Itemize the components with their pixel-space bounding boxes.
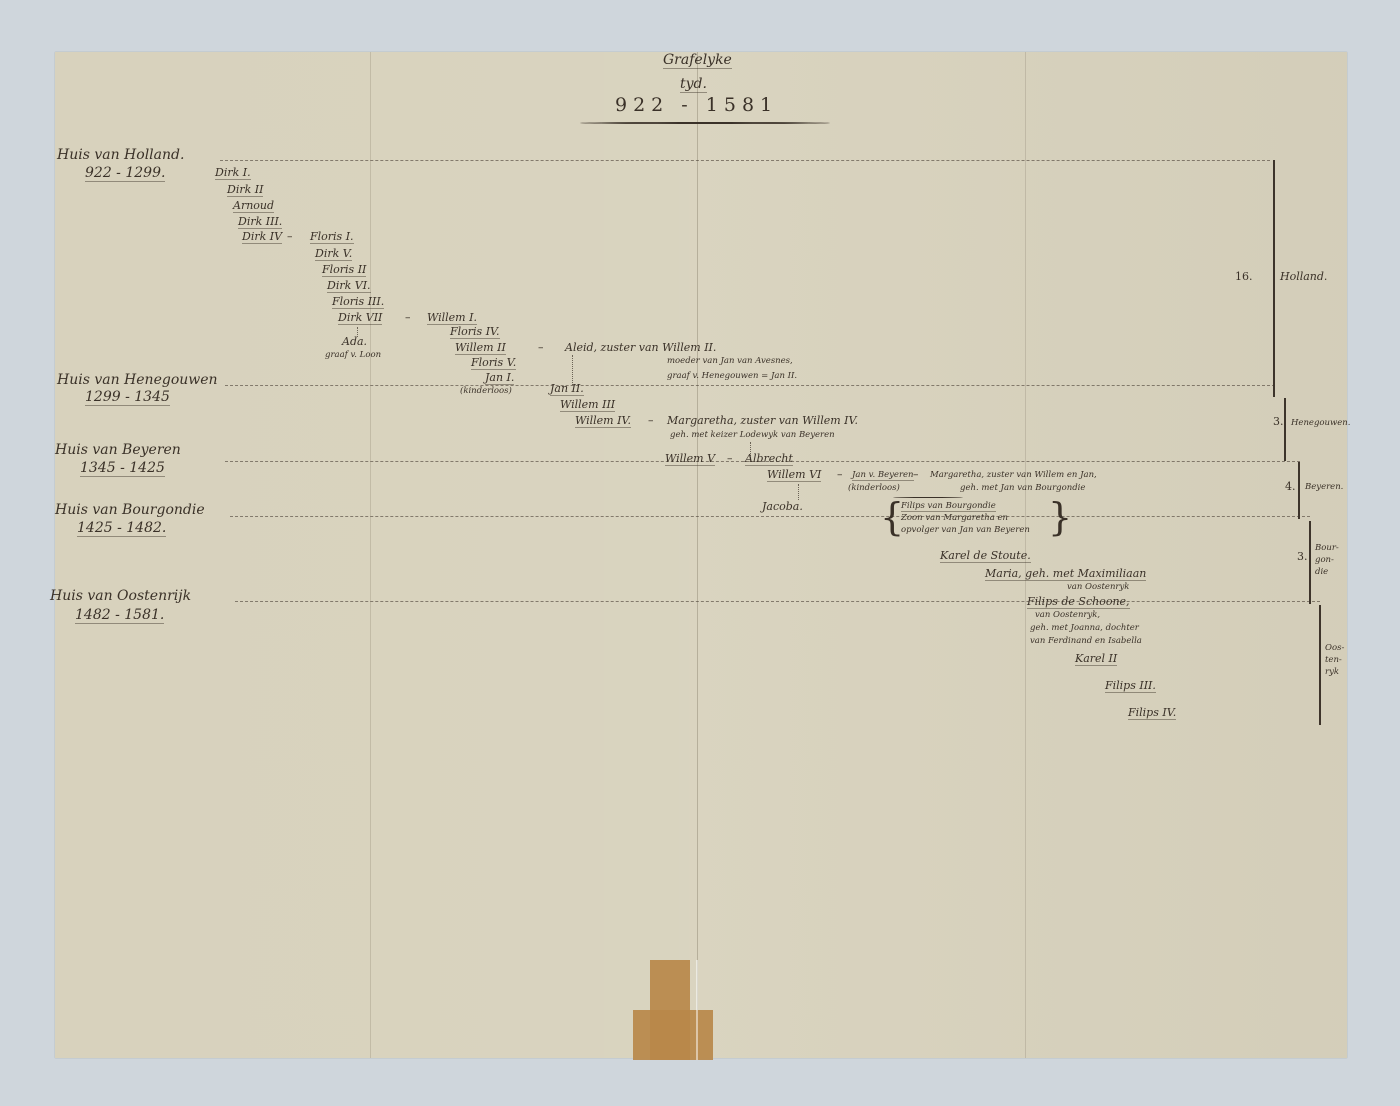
summary-bar-bourgondie bbox=[1309, 521, 1311, 604]
title-date-range: 922 - 1581 bbox=[615, 94, 778, 116]
fold-line bbox=[370, 52, 371, 1058]
count-name: Jan I. bbox=[485, 371, 514, 385]
center-fold-line bbox=[697, 52, 698, 1058]
house-henegouwen: Huis van Henegouwen bbox=[57, 372, 218, 388]
dash-connector: – bbox=[287, 230, 293, 243]
count-name: Dirk III. bbox=[238, 215, 282, 229]
title-line1: Grafelyke bbox=[663, 52, 732, 69]
count-name: Maria, geh. met Maximiliaan bbox=[985, 567, 1146, 581]
count-name: Albrecht bbox=[745, 452, 793, 466]
dash-connector: – bbox=[538, 341, 544, 354]
dash-connector: – bbox=[913, 468, 919, 481]
summary-label: Beyeren. bbox=[1305, 482, 1343, 492]
dash-connector: – bbox=[727, 452, 733, 465]
filips-schoone-note: geh. met Joanna, dochter bbox=[1030, 623, 1139, 633]
aleid-note: graaf v. Henegouwen = Jan II. bbox=[667, 371, 797, 381]
aleid-label: Aleid, zuster van Willem II. bbox=[565, 341, 716, 354]
title-underline bbox=[580, 122, 830, 124]
summary-bar-oostenrijk bbox=[1319, 605, 1321, 725]
house-beyeren: Huis van Beyeren bbox=[55, 442, 181, 458]
count-name: Willem IV. bbox=[575, 414, 631, 428]
house-oostenrijk-years: 1482 - 1581. bbox=[75, 607, 164, 624]
summary-label: Oos- ten- ryk bbox=[1325, 642, 1353, 678]
count-name: Willem VI bbox=[767, 468, 821, 482]
kinderloos-note: (kinderloos) bbox=[848, 483, 900, 493]
count-name: Dirk VII bbox=[338, 311, 382, 325]
count-name: Willem I. bbox=[427, 311, 477, 325]
margaretha-label: Margaretha, zuster van Willem IV. bbox=[667, 414, 858, 427]
count-name: Filips III. bbox=[1105, 679, 1156, 693]
summary-bar-holland bbox=[1273, 160, 1275, 397]
margaretha-note: geh. met keizer Lodewyk van Beyeren bbox=[670, 430, 835, 440]
summary-label: Holland. bbox=[1280, 270, 1327, 283]
count-name: Dirk IV bbox=[242, 230, 282, 244]
count-name: Arnoud bbox=[233, 199, 274, 213]
summary-label: Bour- gon- die bbox=[1315, 542, 1343, 578]
divider-henegouwen bbox=[225, 385, 1275, 386]
count-name: Floris IV. bbox=[450, 325, 500, 339]
dash-connector: – bbox=[648, 414, 654, 427]
filips-schoone-note: van Oostenryk, bbox=[1035, 610, 1100, 620]
count-name: Floris II bbox=[322, 263, 366, 277]
filips-note: opvolger van Jan van Beyeren bbox=[901, 525, 1030, 535]
count-name: Floris V. bbox=[471, 356, 516, 370]
summary-bar-henegouwen bbox=[1284, 398, 1286, 461]
aleid-note: moeder van Jan van Avesnes, bbox=[667, 356, 793, 366]
dash-connector: – bbox=[837, 468, 843, 481]
summary-label: Henegouwen. bbox=[1291, 418, 1350, 428]
count-name: Ada. bbox=[342, 335, 367, 348]
count-name: Dirk I. bbox=[215, 166, 251, 180]
filips-note: Zoon van Margaretha en bbox=[901, 513, 1008, 523]
tear-line bbox=[696, 960, 698, 1060]
title-line2: tyd. bbox=[680, 76, 707, 93]
summary-count: 16. bbox=[1235, 270, 1253, 283]
descent-line bbox=[572, 355, 573, 385]
divider-oostenrijk bbox=[235, 601, 1320, 602]
count-note: (kinderloos) bbox=[460, 386, 512, 396]
house-beyeren-years: 1345 - 1425 bbox=[80, 460, 165, 477]
margaretha2-note: geh. met Jan van Bourgondie bbox=[960, 483, 1085, 493]
house-bourgondie-years: 1425 - 1482. bbox=[77, 520, 166, 537]
count-name: Willem III bbox=[560, 398, 615, 412]
count-name: Filips IV. bbox=[1128, 706, 1176, 720]
count-name: Willem II bbox=[455, 341, 506, 355]
house-holland: Huis van Holland. bbox=[57, 147, 184, 163]
jan-beyeren-label: Jan v. Beyeren bbox=[852, 470, 914, 481]
descent-line bbox=[798, 484, 799, 500]
summary-count: 3. bbox=[1273, 415, 1284, 428]
house-oostenrijk: Huis van Oostenrijk bbox=[50, 588, 191, 604]
count-name: Dirk V. bbox=[315, 247, 352, 261]
count-name: Filips de Schoone, bbox=[1027, 595, 1130, 609]
count-name: Jacoba. bbox=[762, 500, 803, 513]
margaretha2-label: Margaretha, zuster van Willem en Jan, bbox=[930, 470, 1097, 480]
count-name: Karel de Stoute. bbox=[940, 549, 1031, 563]
count-name: Dirk II bbox=[227, 183, 263, 197]
divider-holland bbox=[220, 160, 1270, 161]
count-note: graaf v. Loon bbox=[325, 350, 381, 360]
repair-tape bbox=[633, 1010, 713, 1060]
count-name: Karel II bbox=[1075, 652, 1117, 666]
count-name: Jan II. bbox=[550, 382, 584, 396]
count-name: Floris III. bbox=[332, 295, 384, 309]
close-brace: } bbox=[1048, 498, 1072, 536]
count-name: Dirk VI. bbox=[327, 279, 371, 293]
summary-bar-beyeren bbox=[1298, 462, 1300, 519]
summary-count: 3. bbox=[1297, 550, 1308, 563]
house-bourgondie: Huis van Bourgondie bbox=[55, 502, 205, 518]
house-henegouwen-years: 1299 - 1345 bbox=[85, 389, 170, 406]
maria-note: van Oostenryk bbox=[1067, 582, 1129, 592]
count-name: Willem V bbox=[665, 452, 715, 466]
house-holland-years: 922 - 1299. bbox=[85, 165, 165, 182]
divider-bourgondie bbox=[230, 516, 1310, 517]
manuscript-page: Grafelyke tyd. 922 - 1581 Huis van Holla… bbox=[55, 52, 1347, 1058]
filips-schoone-note: van Ferdinand en Isabella bbox=[1030, 636, 1142, 646]
summary-count: 4. bbox=[1285, 480, 1296, 493]
filips-note: Filips van Bourgondie bbox=[901, 501, 996, 512]
count-name: Floris I. bbox=[310, 230, 354, 244]
dash-connector: – bbox=[405, 311, 411, 324]
